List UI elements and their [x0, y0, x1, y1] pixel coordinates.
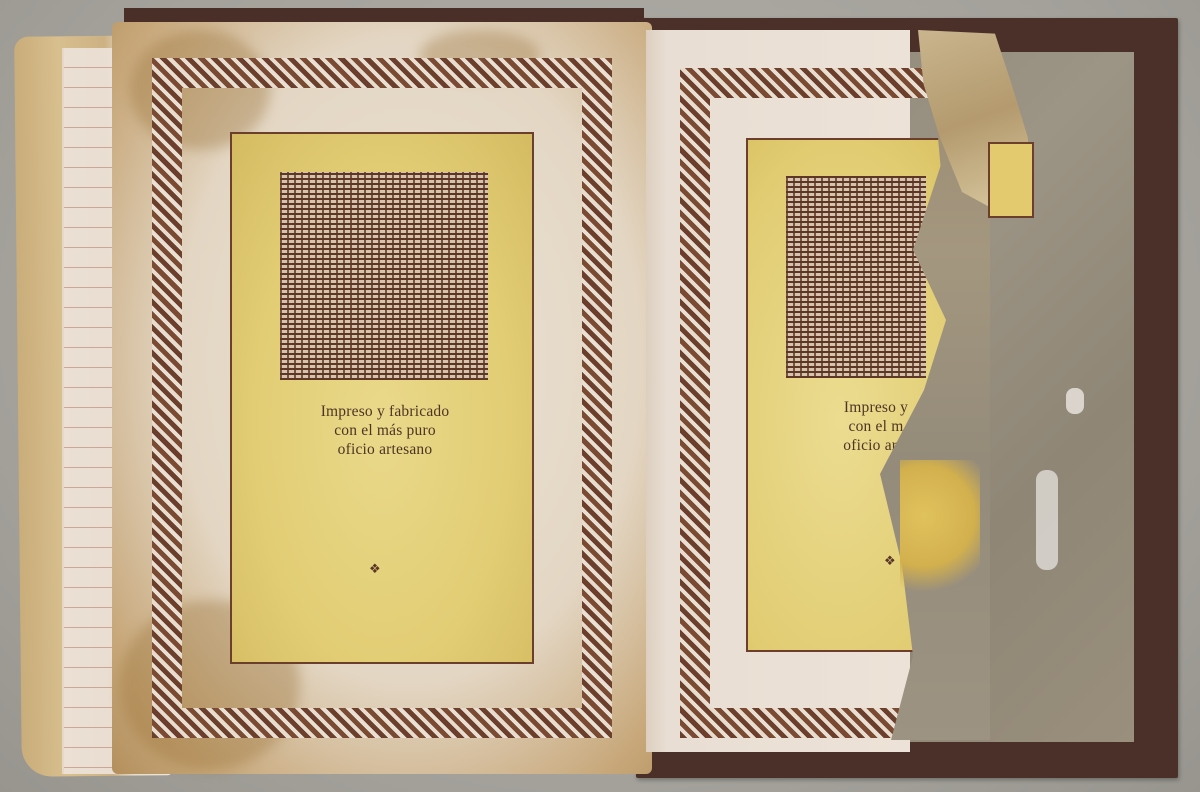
- caption-line: con el más puro: [280, 421, 490, 440]
- colophon-caption-left: Impreso y fabricado con el más puro ofic…: [280, 402, 490, 459]
- printer-mark-icon: ❖: [884, 553, 896, 569]
- yellow-fragment: [988, 142, 1034, 218]
- printing-press-woodcut-right: [786, 176, 926, 378]
- caption-line: oficio artesano: [280, 440, 490, 459]
- printing-press-woodcut-left: [280, 172, 488, 380]
- white-residue: [1036, 470, 1058, 570]
- printer-mark-icon: ❖: [369, 561, 381, 577]
- white-residue: [1066, 388, 1084, 414]
- flaking-gold-paper: [900, 460, 980, 600]
- caption-line: Impreso y fabricado: [280, 402, 490, 421]
